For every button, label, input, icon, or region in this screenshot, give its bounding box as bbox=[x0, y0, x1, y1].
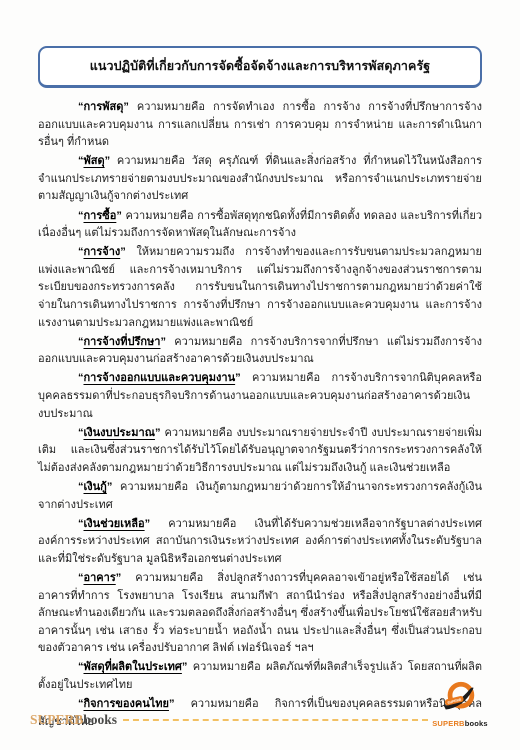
definition-paragraph: “การพัสดุ” ความหมายคือ การจัดทำเอง การซื… bbox=[38, 99, 482, 152]
definition-term: “การซื้อ” bbox=[78, 210, 122, 222]
definition-term: “การจ้างออกแบบและควบคุมงาน” bbox=[78, 372, 241, 384]
title-box: แนวปฏิบัติที่เกี่ยวกับการจัดซื้อจัดจ้างแ… bbox=[38, 46, 482, 88]
definition-term: “เงินงบประมาณ” bbox=[78, 427, 160, 439]
definitions-list: “การพัสดุ” ความหมายคือ การจัดทำเอง การซื… bbox=[38, 99, 482, 731]
definition-paragraph: “การซื้อ” ความหมายคือ การซื้อพัสดุทุกชนิ… bbox=[38, 208, 482, 243]
page-footer: SUPERBbooks SUPERB SUPERBbooks bbox=[30, 680, 486, 728]
definition-term: “การจ้าง” bbox=[78, 246, 126, 258]
footer-brand-left: SUPERBbooks bbox=[30, 713, 117, 728]
definition-term: “การพัสดุ” bbox=[78, 101, 129, 113]
definition-term: “การจ้างที่ปรึกษา” bbox=[78, 336, 166, 348]
definition-paragraph: “การจ้าง” ให้หมายความรวมถึง การจ้างทำของ… bbox=[38, 244, 482, 332]
definition-paragraph: “อาคาร” ความหมายคือ สิ่งปลูกสร้างถาวรที่… bbox=[38, 570, 482, 658]
page-title: แนวปฏิบัติที่เกี่ยวกับการจัดซื้อจัดจ้างแ… bbox=[90, 59, 431, 73]
definition-term: “เงินกู้” bbox=[78, 481, 112, 493]
definition-paragraph: “พัสดุ” ความหมายคือ วัสดุ ครุภัณฑ์ ที่ดิ… bbox=[38, 153, 482, 206]
definition-term: “อาคาร” bbox=[78, 572, 121, 584]
definition-term: “พัสดุ” bbox=[78, 155, 110, 167]
definition-paragraph: “เงินช่วยเหลือ” ความหมายคือ เงินที่ได้รั… bbox=[38, 516, 482, 569]
publisher-logo-text-secondary: books bbox=[465, 719, 488, 728]
publisher-logo-text-primary: SUPERB bbox=[432, 719, 464, 728]
footer-brand-left-secondary: books bbox=[83, 712, 117, 727]
definition-paragraph: “เงินงบประมาณ” ความหมายคือ งบประมาณรายจ่… bbox=[38, 425, 482, 478]
definition-paragraph: “เงินกู้” ความหมายคือ เงินกู้ตามกฎหมายว่… bbox=[38, 479, 482, 514]
publisher-logo-text: SUPERBbooks bbox=[432, 719, 488, 728]
publisher-logo: SUPERB SUPERBbooks bbox=[434, 680, 486, 728]
definition-paragraph: “การจ้างออกแบบและควบคุมงาน” ความหมายคือ … bbox=[38, 370, 482, 423]
footer-brand-left-primary: SUPERB bbox=[30, 712, 83, 727]
definition-term: “เงินช่วยเหลือ” bbox=[78, 518, 150, 530]
document-page: แนวปฏิบัติที่เกี่ยวกับการจัดซื้อจัดจ้างแ… bbox=[0, 0, 520, 750]
definition-paragraph: “การจ้างที่ปรึกษา” ความหมายคือ การจ้างบร… bbox=[38, 334, 482, 369]
superbbooks-logo-icon: SUPERB bbox=[441, 680, 479, 718]
footer-divider-line bbox=[123, 719, 428, 721]
definition-term: “พัสดุที่ผลิตในประเทศ” bbox=[78, 661, 187, 673]
